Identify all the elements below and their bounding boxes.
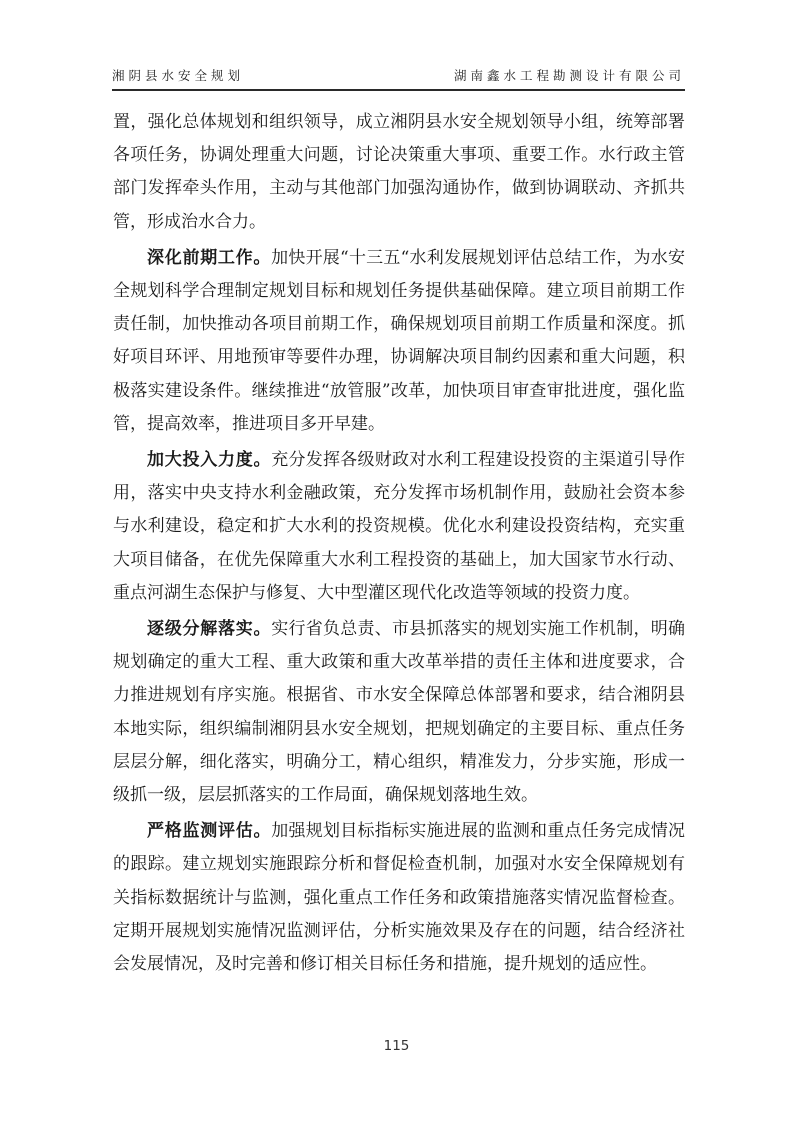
paragraph-text: 加快开展“十三五“水利发展规划评估总结工作，为水安全规划科学合理制定规划目标和规…: [113, 248, 685, 434]
paragraph-continuation: 置，强化总体规划和组织领导，成立湘阴县水安全规划领导小组，统筹部署各项任务，协调…: [113, 106, 685, 239]
paragraph-decompose-implementation: 逐级分解落实。实行省负总责、市县抓落实的规划实施工作机制，明确规划确定的重大工程…: [113, 613, 685, 812]
document-body: 置，强化总体规划和组织领导，成立湘阴县水安全规划领导小组，统筹部署各项任务，协调…: [113, 106, 685, 984]
paragraph-lead: 逐级分解落实。: [147, 619, 271, 639]
paragraph-text: 实行省负总责、市县抓落实的规划实施工作机制，明确规划确定的重大工程、重大政策和重…: [113, 619, 685, 805]
paragraph-text: 充分发挥各级财政对水利工程建设投资的主渠道引导作用，落实中央支持水利金融政策，充…: [113, 450, 685, 603]
paragraph-text: 加强规划目标指标实施进展的监测和重点任务完成情况的跟踪。建立规划实施跟踪分析和督…: [113, 821, 685, 974]
paragraph-strict-monitoring: 严格监测评估。加强规划目标指标实施进展的监测和重点任务完成情况的跟踪。建立规划实…: [113, 815, 685, 981]
paragraph-lead: 严格监测评估。: [147, 821, 271, 841]
paragraph-lead: 加大投入力度。: [147, 450, 271, 470]
paragraph-text: 置，强化总体规划和组织领导，成立湘阴县水安全规划领导小组，统筹部署各项任务，协调…: [113, 112, 685, 232]
page-header: 湘阴县水安全规划 湖南鑫水工程勘测设计有限公司: [112, 66, 685, 91]
page-footer: 115: [0, 1038, 793, 1054]
page-number: 115: [384, 1038, 410, 1054]
paragraph-deepen-preliminary-work: 深化前期工作。加快开展“十三五“水利发展规划评估总结工作，为水安全规划科学合理制…: [113, 242, 685, 441]
paragraph-lead: 深化前期工作。: [147, 248, 271, 268]
header-company-name: 湖南鑫水工程勘测设计有限公司: [454, 66, 685, 84]
document-page: 湘阴县水安全规划 湖南鑫水工程勘测设计有限公司 置，强化总体规划和组织领导，成立…: [0, 0, 793, 1122]
paragraph-increase-investment: 加大投入力度。充分发挥各级财政对水利工程建设投资的主渠道引导作用，落实中央支持水…: [113, 444, 685, 610]
header-doc-title: 湘阴县水安全规划: [112, 66, 244, 84]
